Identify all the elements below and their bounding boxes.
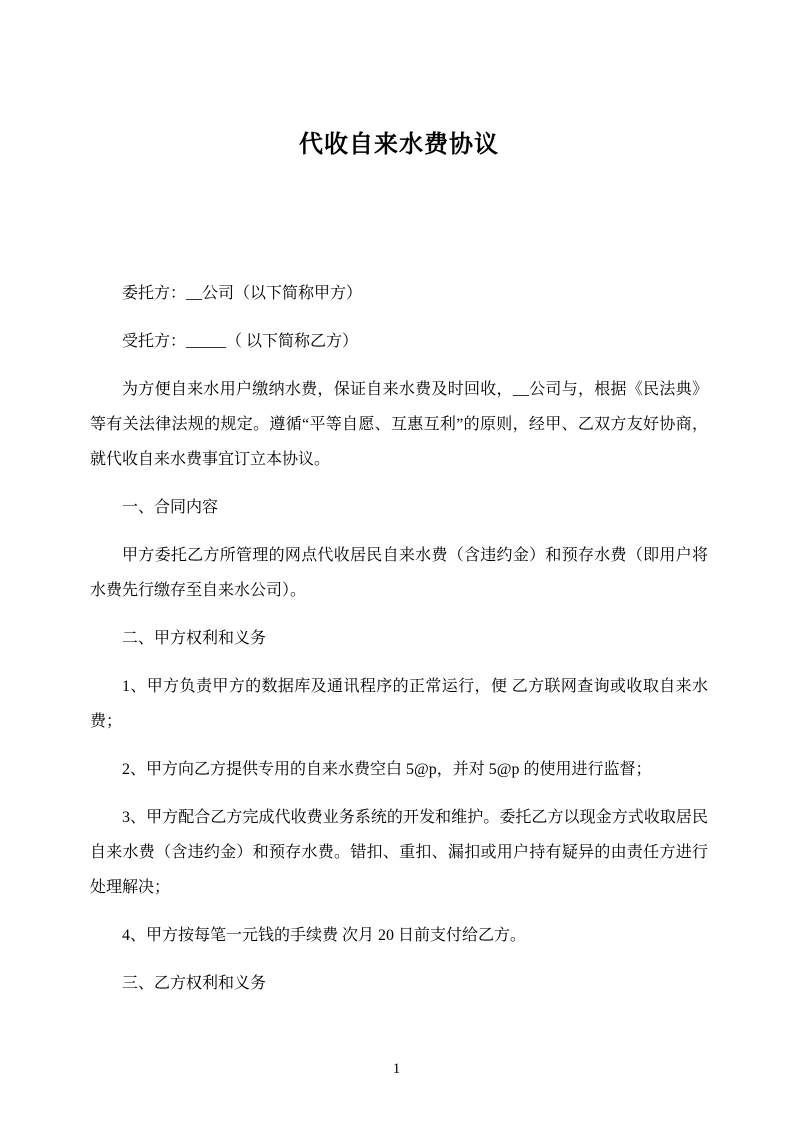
document-title: 代收自来水费协议 bbox=[90, 130, 708, 160]
section-heading-2: 二、甲方权利和义务 bbox=[90, 621, 708, 656]
clause-2-2: 2、甲方向乙方提供专用的自来水费空白 5@p，并对 5@p 的使用进行监督； bbox=[90, 752, 708, 787]
section-1-body: 甲方委托乙方所管理的网点代收居民自来水费（含违约金）和预存水费（即用户将水费先行… bbox=[90, 538, 708, 608]
clause-2-1: 1、甲方负责甲方的数据库及通讯程序的正常运行，便 乙方联网查询或收取自来水费； bbox=[90, 669, 708, 739]
section-heading-3: 三、乙方权利和义务 bbox=[90, 966, 708, 1001]
page-number: 1 bbox=[393, 1061, 401, 1077]
page-footer: 1 bbox=[0, 1060, 793, 1078]
preamble-paragraph: 为方便自来水用户缴纳水费，保证自来水费及时回收，__公司与，根据《民法典》等有关… bbox=[90, 372, 708, 477]
section-heading-1: 一、合同内容 bbox=[90, 490, 708, 525]
party-line-client: 委托方：__公司（以下简称甲方） bbox=[90, 276, 708, 311]
clause-2-3: 3、甲方配合乙方完成代收费业务系统的开发和维护。委托乙方以现金方式收取居民自来水… bbox=[90, 800, 708, 905]
party-line-trustee: 受托方：_____（ 以下简称乙方） bbox=[90, 324, 708, 359]
clause-2-4: 4、甲方按每笔一元钱的手续费 次月 20 日前支付给乙方。 bbox=[90, 918, 708, 953]
document-page: 代收自来水费协议 委托方：__公司（以下简称甲方） 受托方：_____（ 以下简… bbox=[0, 0, 793, 1122]
